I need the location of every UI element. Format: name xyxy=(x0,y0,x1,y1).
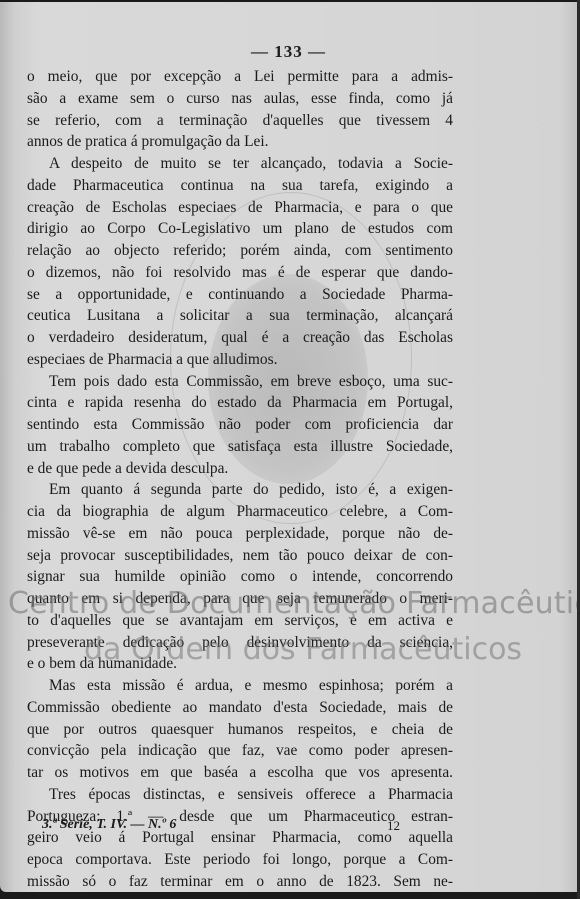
text-line: creação de Escholas especiaes de Pharmac… xyxy=(27,197,453,219)
text-line: e de que pede a devida desculpa. xyxy=(27,458,453,480)
scanned-page: — 133 — o meio, que por excepção a Lei p… xyxy=(0,2,577,892)
text-line: sentindo esta Commissão não poder com pr… xyxy=(27,414,453,436)
text-line: signar sua humilde opinião como o intend… xyxy=(27,566,453,588)
text-line: A despeito de muito se ter alcançado, to… xyxy=(27,153,453,175)
text-line: dirigio ao Corpo Co-Legislativo um plano… xyxy=(27,218,453,240)
text-line: se a opportunidade, e continuando a Soci… xyxy=(27,284,453,306)
page-footer: 3.ª Serie, T. IV. — N.º 6 12 xyxy=(42,817,402,833)
text-line: ceutica Lusitana a solicitar a sua termi… xyxy=(27,305,453,327)
text-line: um trabalho completo que satisfaça esta … xyxy=(27,436,453,458)
text-line: cinta e rapida resenha do estado da Phar… xyxy=(27,392,453,414)
text-line: Mas esta missão é ardua, e mesmo espinho… xyxy=(27,675,453,697)
series-reference: 3.ª Serie, T. IV. — N.º 6 xyxy=(42,817,176,832)
text-line: tar os motivos em que baséa a escolha qu… xyxy=(27,762,453,784)
text-line: especiaes de Pharmacia a que alludimos. xyxy=(27,349,453,371)
text-line: cia da biographia de algum Pharmaceutico… xyxy=(27,501,453,523)
text-line: missão só o faz terminar em o anno de 18… xyxy=(27,871,453,892)
text-line: o dizemos, não foi resolvido mas é de es… xyxy=(27,262,453,284)
text-line: Em quanto á segunda parte do pedido, ist… xyxy=(27,479,453,501)
text-line: são a exame sem o curso nas aulas, esse … xyxy=(27,88,453,110)
text-line: annos de pratica á promulgação da Lei. xyxy=(27,131,453,153)
text-line: epoca comportava. Este periodo foi longo… xyxy=(27,849,453,871)
text-line: relação ao objecto referido; porém ainda… xyxy=(27,240,453,262)
text-line: Tem pois dado esta Commissão, em breve e… xyxy=(27,371,453,393)
text-line: seja provocar susceptibilidades, nem tão… xyxy=(27,545,453,567)
text-line: missão vê-se em não pouca perplexidade, … xyxy=(27,523,453,545)
signature-mark: 12 xyxy=(387,818,400,834)
text-line: convicção pela indicação que faz, vae co… xyxy=(27,740,453,762)
watermark-line-1: Centro de Documentação Farmacêutica xyxy=(8,586,577,621)
text-line: o meio, que por excepção a Lei permitte … xyxy=(27,66,453,88)
page-number-header: — 133 — xyxy=(0,42,577,62)
text-line: o verdadeiro desideratum, qual é a creaç… xyxy=(27,327,453,349)
text-line: Tres épocas distinctas, e sensiveis offe… xyxy=(27,784,453,806)
text-line: dade Pharmaceutica continua na sua taref… xyxy=(27,175,453,197)
watermark-line-2: da Ordem dos Farmacêuticos xyxy=(84,632,522,667)
text-line: que por outros quaesquer humanos respeit… xyxy=(27,719,453,741)
text-line: se referio, com a terminação d'aquelles … xyxy=(27,110,453,132)
text-line: Commissão obediente ao mandato d'esta So… xyxy=(27,697,453,719)
body-text: o meio, que por excepção a Lei permitte … xyxy=(27,66,453,892)
